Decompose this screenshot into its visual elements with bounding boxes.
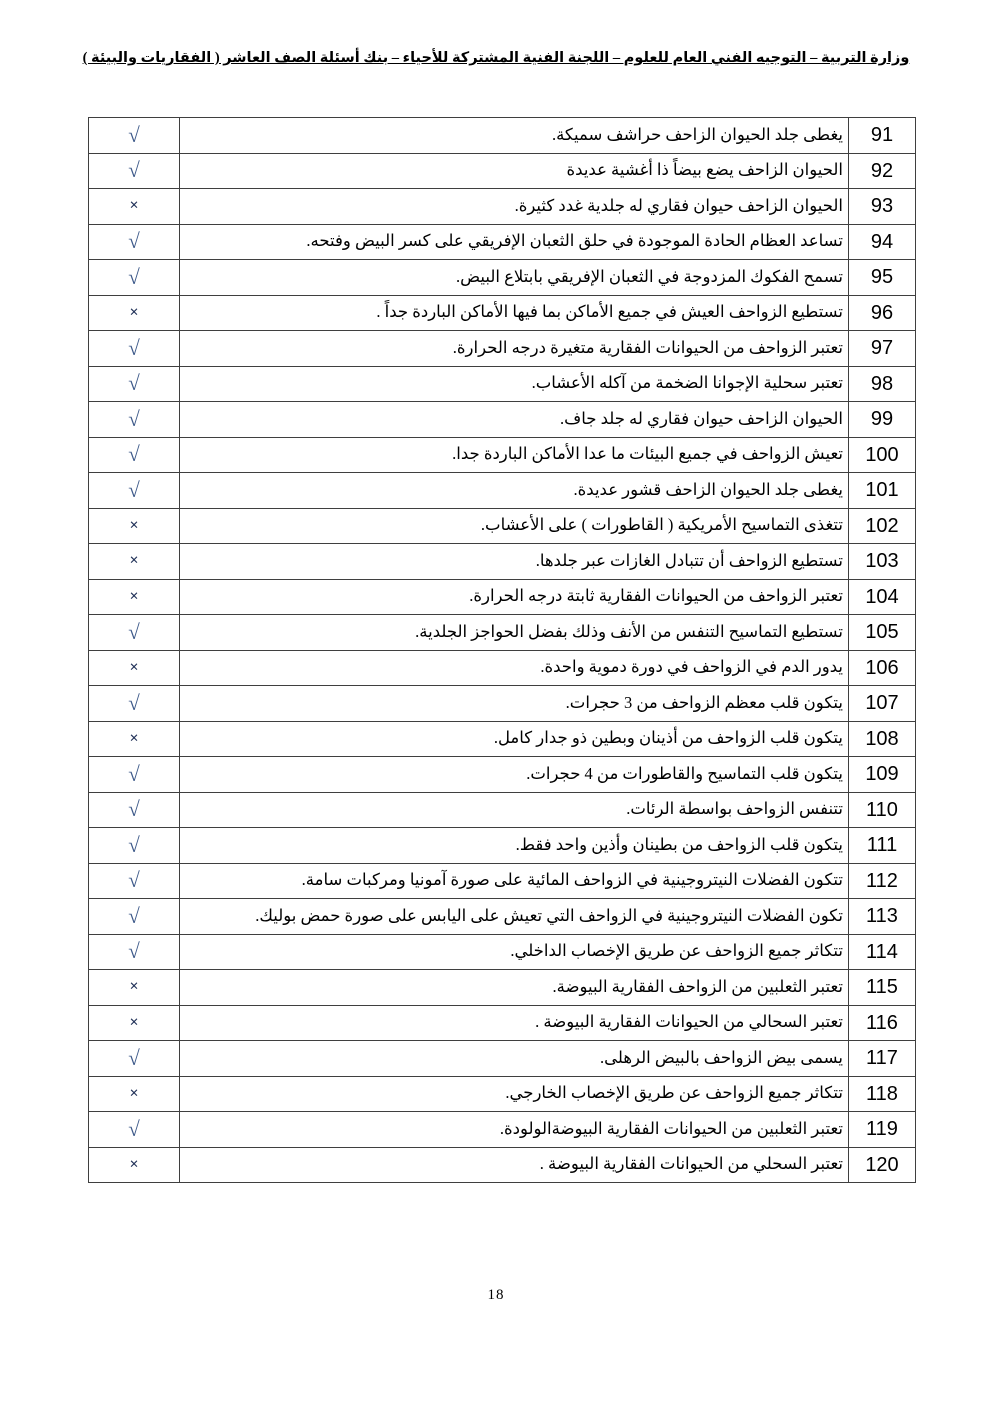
table-row: 91 يغطى جلد الحيوان الزاحف حراشف سميكة. … bbox=[89, 118, 916, 154]
document-page: وزارة التربية – التوجيه الفني العام للعل… bbox=[0, 0, 992, 1403]
table-row: 94 تساعد العظام الحادة الموجودة في حلق ا… bbox=[89, 224, 916, 260]
answer-mark: × bbox=[129, 1015, 138, 1031]
row-statement: تعتبر سحلية الإجوانا الضخمة من آكله الأع… bbox=[180, 366, 849, 402]
table-row: 107 يتكون قلب معظم الزواحف من 3 حجرات. √ bbox=[89, 686, 916, 722]
row-statement: تستطيع الزواحف أن تتبادل الغازات عبر جلد… bbox=[180, 544, 849, 580]
row-statement: يتكون قلب الزواحف من بطينان وأذين واحد ف… bbox=[180, 828, 849, 864]
row-number: 111 bbox=[849, 828, 916, 864]
answer-mark: √ bbox=[128, 835, 140, 856]
row-statement: تسمح الفكوك المزدوجة في الثعبان الإفريقي… bbox=[180, 260, 849, 296]
table-row: 120 تعتبر السحلي من الحيوانات الفقارية ا… bbox=[89, 1147, 916, 1183]
table-row: 110 تتنفس الزواحف بواسطة الرئات. √ bbox=[89, 792, 916, 828]
answer-mark: × bbox=[129, 518, 138, 534]
row-number: 101 bbox=[849, 473, 916, 509]
row-statement: الحيوان الزاحف يضع بيضاً ذا أغشية عديدة bbox=[180, 153, 849, 189]
table-row: 118 تتكاثر جميع الزواحف عن طريق الإخصاب … bbox=[89, 1076, 916, 1112]
table-row: 99 الحيوان الزاحف حيوان فقاري له جلد جاف… bbox=[89, 402, 916, 438]
row-statement: تعتبر السحالي من الحيوانات الفقارية البي… bbox=[180, 1005, 849, 1041]
row-number: 112 bbox=[849, 863, 916, 899]
row-number: 108 bbox=[849, 721, 916, 757]
row-statement: يتكون قلب معظم الزواحف من 3 حجرات. bbox=[180, 686, 849, 722]
row-statement: الحيوان الزاحف حيوان فقاري له جلدية غدد … bbox=[180, 189, 849, 225]
table-row: 116 تعتبر السحالي من الحيوانات الفقارية … bbox=[89, 1005, 916, 1041]
row-number: 97 bbox=[849, 331, 916, 367]
row-number: 110 bbox=[849, 792, 916, 828]
table-row: 95 تسمح الفكوك المزدوجة في الثعبان الإفر… bbox=[89, 260, 916, 296]
row-number: 109 bbox=[849, 757, 916, 793]
table-row: 105 تستطيع التماسيح التنفس من الأنف وذلك… bbox=[89, 615, 916, 651]
answer-mark: √ bbox=[128, 1048, 140, 1069]
table-row: 117 يسمى بيض الزواحف بالبيض الرهلى. √ bbox=[89, 1041, 916, 1077]
answer-mark: × bbox=[129, 305, 138, 321]
row-number: 103 bbox=[849, 544, 916, 580]
table-row: 102 تتغذى التماسيح الأمريكية ( القاطورات… bbox=[89, 508, 916, 544]
table-row: 109 يتكون قلب التماسيح والقاطورات من 4 ح… bbox=[89, 757, 916, 793]
row-statement: يغطى جلد الحيوان الزاحف حراشف سميكة. bbox=[180, 118, 849, 154]
table-row: 104 تعتبر الزواحف من الحيوانات الفقارية … bbox=[89, 579, 916, 615]
row-statement: الحيوان الزاحف حيوان فقاري له جلد جاف. bbox=[180, 402, 849, 438]
row-statement: يدور الدم في الزواحف في دورة دموية واحدة… bbox=[180, 650, 849, 686]
row-number: 105 bbox=[849, 615, 916, 651]
row-statement: يتكون قلب الزواحف من أذينان وبطين ذو جدا… bbox=[180, 721, 849, 757]
table-row: 100 تعيش الزواحف في جميع البيئات ما عدا … bbox=[89, 437, 916, 473]
row-number: 120 bbox=[849, 1147, 916, 1183]
answer-mark: √ bbox=[128, 125, 140, 146]
page-number: 18 bbox=[0, 1287, 992, 1304]
table-row: 101 يغطى جلد الحيوان الزاحف قشور عديدة. … bbox=[89, 473, 916, 509]
row-number: 119 bbox=[849, 1112, 916, 1148]
answer-mark: × bbox=[129, 1157, 138, 1173]
row-statement: تساعد العظام الحادة الموجودة في حلق الثع… bbox=[180, 224, 849, 260]
row-statement: يغطى جلد الحيوان الزاحف قشور عديدة. bbox=[180, 473, 849, 509]
table-row: 114 تتكاثر جميع الزواحف عن طريق الإخصاب … bbox=[89, 934, 916, 970]
row-number: 99 bbox=[849, 402, 916, 438]
answer-mark: √ bbox=[128, 480, 140, 501]
row-statement: يسمى بيض الزواحف بالبيض الرهلى. bbox=[180, 1041, 849, 1077]
table-row: 108 يتكون قلب الزواحف من أذينان وبطين ذو… bbox=[89, 721, 916, 757]
questions-table: 91 يغطى جلد الحيوان الزاحف حراشف سميكة. … bbox=[88, 117, 916, 1183]
questions-table-body: 91 يغطى جلد الحيوان الزاحف حراشف سميكة. … bbox=[89, 118, 916, 1183]
table-row: 111 يتكون قلب الزواحف من بطينان وأذين وا… bbox=[89, 828, 916, 864]
answer-mark: × bbox=[129, 1086, 138, 1102]
table-row: 113 تكون الفضلات النيتروجينية في الزواحف… bbox=[89, 899, 916, 935]
answer-mark: √ bbox=[128, 409, 140, 430]
table-row: 119 تعتبر الثعلبين من الحيوانات الفقارية… bbox=[89, 1112, 916, 1148]
row-number: 95 bbox=[849, 260, 916, 296]
row-number: 91 bbox=[849, 118, 916, 154]
row-statement: تتغذى التماسيح الأمريكية ( القاطورات ) ع… bbox=[180, 508, 849, 544]
answer-mark: × bbox=[129, 660, 138, 676]
table-row: 106 يدور الدم في الزواحف في دورة دموية و… bbox=[89, 650, 916, 686]
row-statement: تعيش الزواحف في جميع البيئات ما عدا الأم… bbox=[180, 437, 849, 473]
row-statement: تعتبر السحلي من الحيوانات الفقارية البيو… bbox=[180, 1147, 849, 1183]
row-statement: تستطيع الزواحف العيش في جميع الأماكن بما… bbox=[180, 295, 849, 331]
table-row: 93 الحيوان الزاحف حيوان فقاري له جلدية غ… bbox=[89, 189, 916, 225]
row-statement: يتكون قلب التماسيح والقاطورات من 4 حجرات… bbox=[180, 757, 849, 793]
row-number: 106 bbox=[849, 650, 916, 686]
answer-mark: √ bbox=[128, 799, 140, 820]
row-statement: تعتبر الزواحف من الحيوانات الفقارية متغي… bbox=[180, 331, 849, 367]
row-number: 102 bbox=[849, 508, 916, 544]
answer-mark: × bbox=[129, 979, 138, 995]
row-number: 117 bbox=[849, 1041, 916, 1077]
answer-mark: √ bbox=[128, 941, 140, 962]
answer-mark: √ bbox=[128, 231, 140, 252]
table-row: 112 تتكون الفضلات النيتروجينية في الزواح… bbox=[89, 863, 916, 899]
answer-mark: √ bbox=[128, 764, 140, 785]
row-number: 93 bbox=[849, 189, 916, 225]
row-number: 100 bbox=[849, 437, 916, 473]
answer-mark: × bbox=[129, 553, 138, 569]
table-row: 97 تعتبر الزواحف من الحيوانات الفقارية م… bbox=[89, 331, 916, 367]
answer-mark: × bbox=[129, 198, 138, 214]
row-number: 107 bbox=[849, 686, 916, 722]
row-number: 94 bbox=[849, 224, 916, 260]
row-number: 114 bbox=[849, 934, 916, 970]
answer-mark: √ bbox=[128, 870, 140, 891]
row-statement: تعتبر الثعلبين من الحيوانات الفقارية الب… bbox=[180, 1112, 849, 1148]
row-number: 92 bbox=[849, 153, 916, 189]
row-statement: تتكاثر جميع الزواحف عن طريق الإخصاب الخا… bbox=[180, 1076, 849, 1112]
answer-mark: √ bbox=[128, 160, 140, 181]
row-statement: تعتبر الزواحف من الحيوانات الفقارية ثابت… bbox=[180, 579, 849, 615]
answer-mark: √ bbox=[128, 267, 140, 288]
document-header-title: وزارة التربية – التوجيه الفني العام للعل… bbox=[70, 50, 922, 67]
row-statement: تتكاثر جميع الزواحف عن طريق الإخصاب الدا… bbox=[180, 934, 849, 970]
table-row: 103 تستطيع الزواحف أن تتبادل الغازات عبر… bbox=[89, 544, 916, 580]
answer-mark: √ bbox=[128, 1119, 140, 1140]
table-row: 96 تستطيع الزواحف العيش في جميع الأماكن … bbox=[89, 295, 916, 331]
row-number: 115 bbox=[849, 970, 916, 1006]
row-statement: تكون الفضلات النيتروجينية في الزواحف الت… bbox=[180, 899, 849, 935]
row-statement: تتنفس الزواحف بواسطة الرئات. bbox=[180, 792, 849, 828]
answer-mark: √ bbox=[128, 373, 140, 394]
table-row: 115 تعتبر الثعلبين من الزواحف الفقارية ا… bbox=[89, 970, 916, 1006]
row-number: 104 bbox=[849, 579, 916, 615]
row-number: 113 bbox=[849, 899, 916, 935]
table-row: 92 الحيوان الزاحف يضع بيضاً ذا أغشية عدي… bbox=[89, 153, 916, 189]
row-statement: تستطيع التماسيح التنفس من الأنف وذلك بفض… bbox=[180, 615, 849, 651]
row-number: 118 bbox=[849, 1076, 916, 1112]
row-number: 96 bbox=[849, 295, 916, 331]
row-number: 116 bbox=[849, 1005, 916, 1041]
row-statement: تعتبر الثعلبين من الزواحف الفقارية البيو… bbox=[180, 970, 849, 1006]
row-statement: تتكون الفضلات النيتروجينية في الزواحف ال… bbox=[180, 863, 849, 899]
answer-mark: √ bbox=[128, 338, 140, 359]
answer-mark: √ bbox=[128, 906, 140, 927]
answer-mark: √ bbox=[128, 693, 140, 714]
answer-mark: × bbox=[129, 589, 138, 605]
answer-mark: √ bbox=[128, 444, 140, 465]
row-number: 98 bbox=[849, 366, 916, 402]
answer-mark: √ bbox=[128, 622, 140, 643]
table-row: 98 تعتبر سحلية الإجوانا الضخمة من آكله ا… bbox=[89, 366, 916, 402]
answer-mark: × bbox=[129, 731, 138, 747]
